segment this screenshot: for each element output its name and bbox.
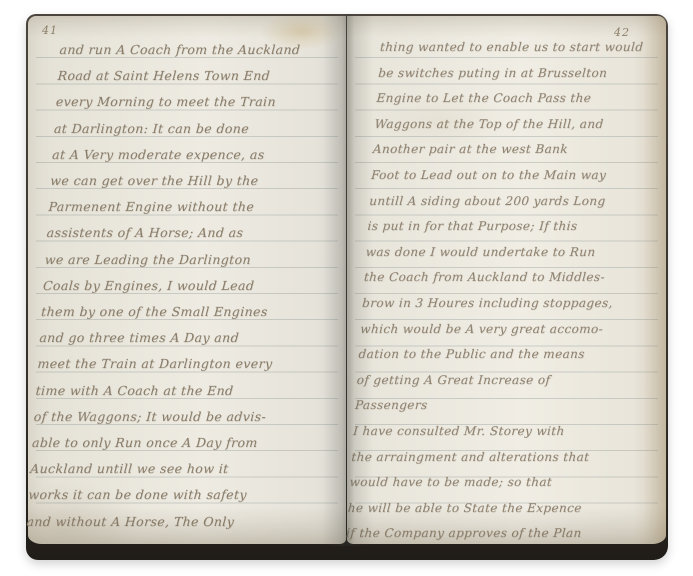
manuscript-line: at Darlington: It can be done	[53, 116, 296, 142]
manuscript-line: of getting A Great Increase of	[356, 368, 621, 394]
manuscript-line: at A Very moderate expence, as	[51, 142, 294, 168]
manuscript-line: and without A Horse, The Only	[26, 509, 269, 535]
left-page-text: and run A Coach from the AucklandRoad at…	[26, 37, 302, 535]
manuscript-line: of the Waggons; It would be advis-	[33, 404, 276, 430]
manuscript-line: Engine to Let the Coach Pass the	[376, 86, 641, 112]
manuscript-line: and run A Coach from the Auckland	[59, 37, 302, 63]
manuscript-line: brow in 3 Houres including stoppages,	[361, 291, 626, 317]
manuscript-line: dation to the Public and the means	[358, 342, 623, 368]
manuscript-line: meet the Train at Darlington every	[37, 351, 280, 377]
manuscript-line: which would be A very great accomo-	[359, 317, 624, 343]
manuscript-line: Auckland untill we see how it	[29, 456, 272, 482]
manuscript-line: he will be able to State the Expence	[347, 496, 612, 522]
manuscript-line: assistents of A Horse; And as	[46, 220, 289, 246]
manuscript-line: if the Company approves of the Plan	[345, 521, 610, 547]
manuscript-line: every Morning to meet the Train	[55, 89, 298, 115]
manuscript-line: and go three times A Day and	[38, 325, 281, 351]
manuscript-line: Waggons at the Top of the Hill, and	[374, 112, 639, 138]
manuscript-line: I have consulted Mr. Storey with	[352, 419, 617, 445]
right-page-text: thing wanted to enable us to start would…	[345, 35, 644, 547]
manuscript-line: we are Leading the Darlington	[44, 247, 287, 273]
manuscript-line: Passengers	[354, 393, 619, 419]
manuscript-line: is put in for that Purpose; If this	[367, 214, 632, 240]
page-number-left: 41	[42, 24, 58, 37]
manuscript-line: the Coach from Auckland to Middles-	[363, 265, 628, 291]
manuscript-line: we can get over the Hill by the	[49, 168, 292, 194]
manuscript-line: untill A siding about 200 yards Long	[368, 189, 633, 215]
manuscript-line: the arraingment and alterations that	[350, 445, 615, 471]
manuscript-line: would have to be made; so that	[349, 470, 614, 496]
manuscript-line: them by one of the Small Engines	[40, 299, 283, 325]
open-notebook: 41 and run A Coach from the AucklandRoad…	[26, 14, 668, 560]
manuscript-line: was done I would undertake to Run	[365, 240, 630, 266]
manuscript-line: Parmenent Engine without the	[48, 194, 291, 220]
manuscript-line: Another pair at the west Bank	[372, 137, 637, 163]
manuscript-line: Coals by Engines, I would Lead	[42, 273, 285, 299]
manuscript-line: be switches puting in at Brusselton	[377, 61, 642, 87]
manuscript-line: thing wanted to enable us to start would	[379, 35, 644, 61]
manuscript-line: Road at Saint Helens Town End	[57, 63, 300, 89]
manuscript-line: time with A Coach at the End	[35, 378, 278, 404]
manuscript-line: works it can be done with safety	[27, 482, 270, 508]
manuscript-line: Foot to Lead out on to the Main way	[370, 163, 635, 189]
photo-background: { "document": { "type": "handwritten-man…	[0, 0, 693, 576]
manuscript-page-right: 42 thing wanted to enable us to start wo…	[347, 16, 666, 544]
manuscript-page-left: 41 and run A Coach from the AucklandRoad…	[28, 16, 346, 544]
manuscript-line: able to only Run once A Day from	[31, 430, 274, 456]
